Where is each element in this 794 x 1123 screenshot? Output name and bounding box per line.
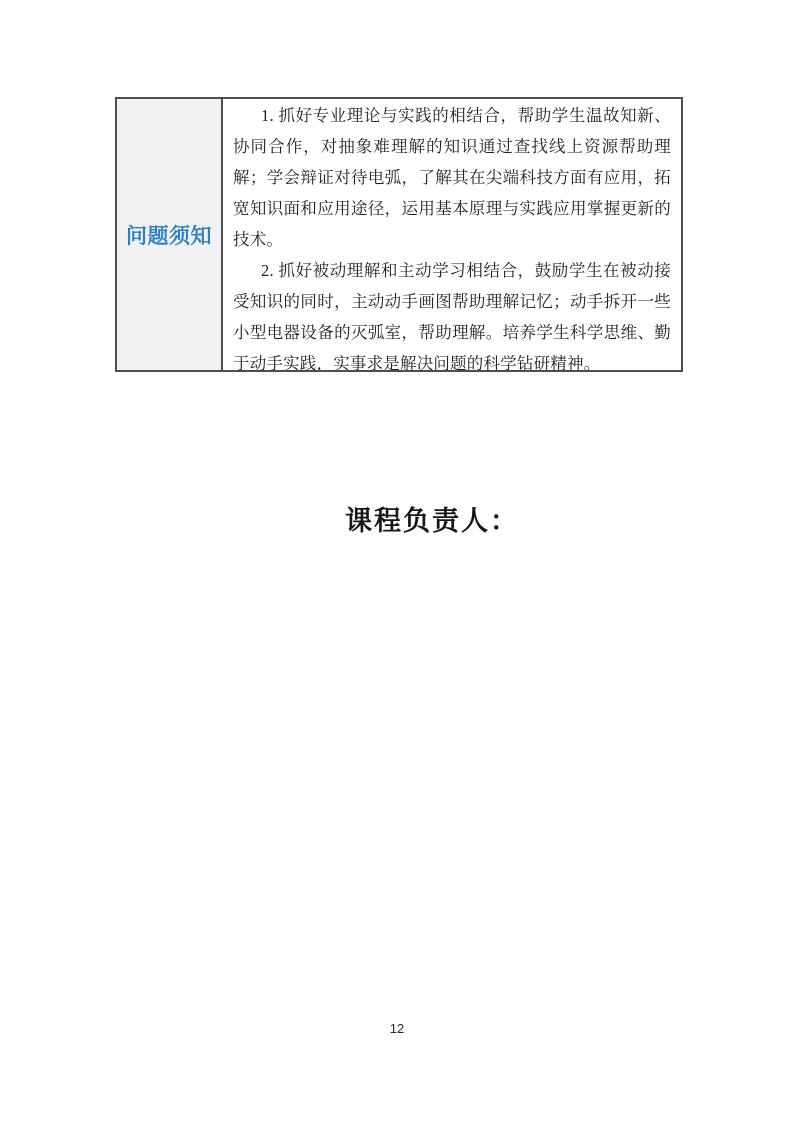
table-content-cell: 1. 抓好专业理论与实践的相结合，帮助学生温故知新、协同合作，对抽象难理解的知识… [223, 99, 681, 370]
table-label-cell: 问题须知 [117, 99, 223, 370]
course-leader-heading: 课程负责人： [0, 499, 794, 538]
page-number: 12 [0, 1021, 794, 1036]
row-label: 问题须知 [126, 220, 212, 250]
document-page: 问题须知 1. 抓好专业理论与实践的相结合，帮助学生温故知新、协同合作，对抽象难… [0, 0, 794, 1123]
table-paragraph: 1. 抓好专业理论与实践的相结合，帮助学生温故知新、协同合作，对抽象难理解的知识… [233, 100, 671, 255]
table-paragraph: 2. 抓好被动理解和主动学习相结合，鼓励学生在被动接受知识的同时，主动动手画图帮… [233, 255, 671, 370]
notes-table: 问题须知 1. 抓好专业理论与实践的相结合，帮助学生温故知新、协同合作，对抽象难… [115, 97, 683, 372]
